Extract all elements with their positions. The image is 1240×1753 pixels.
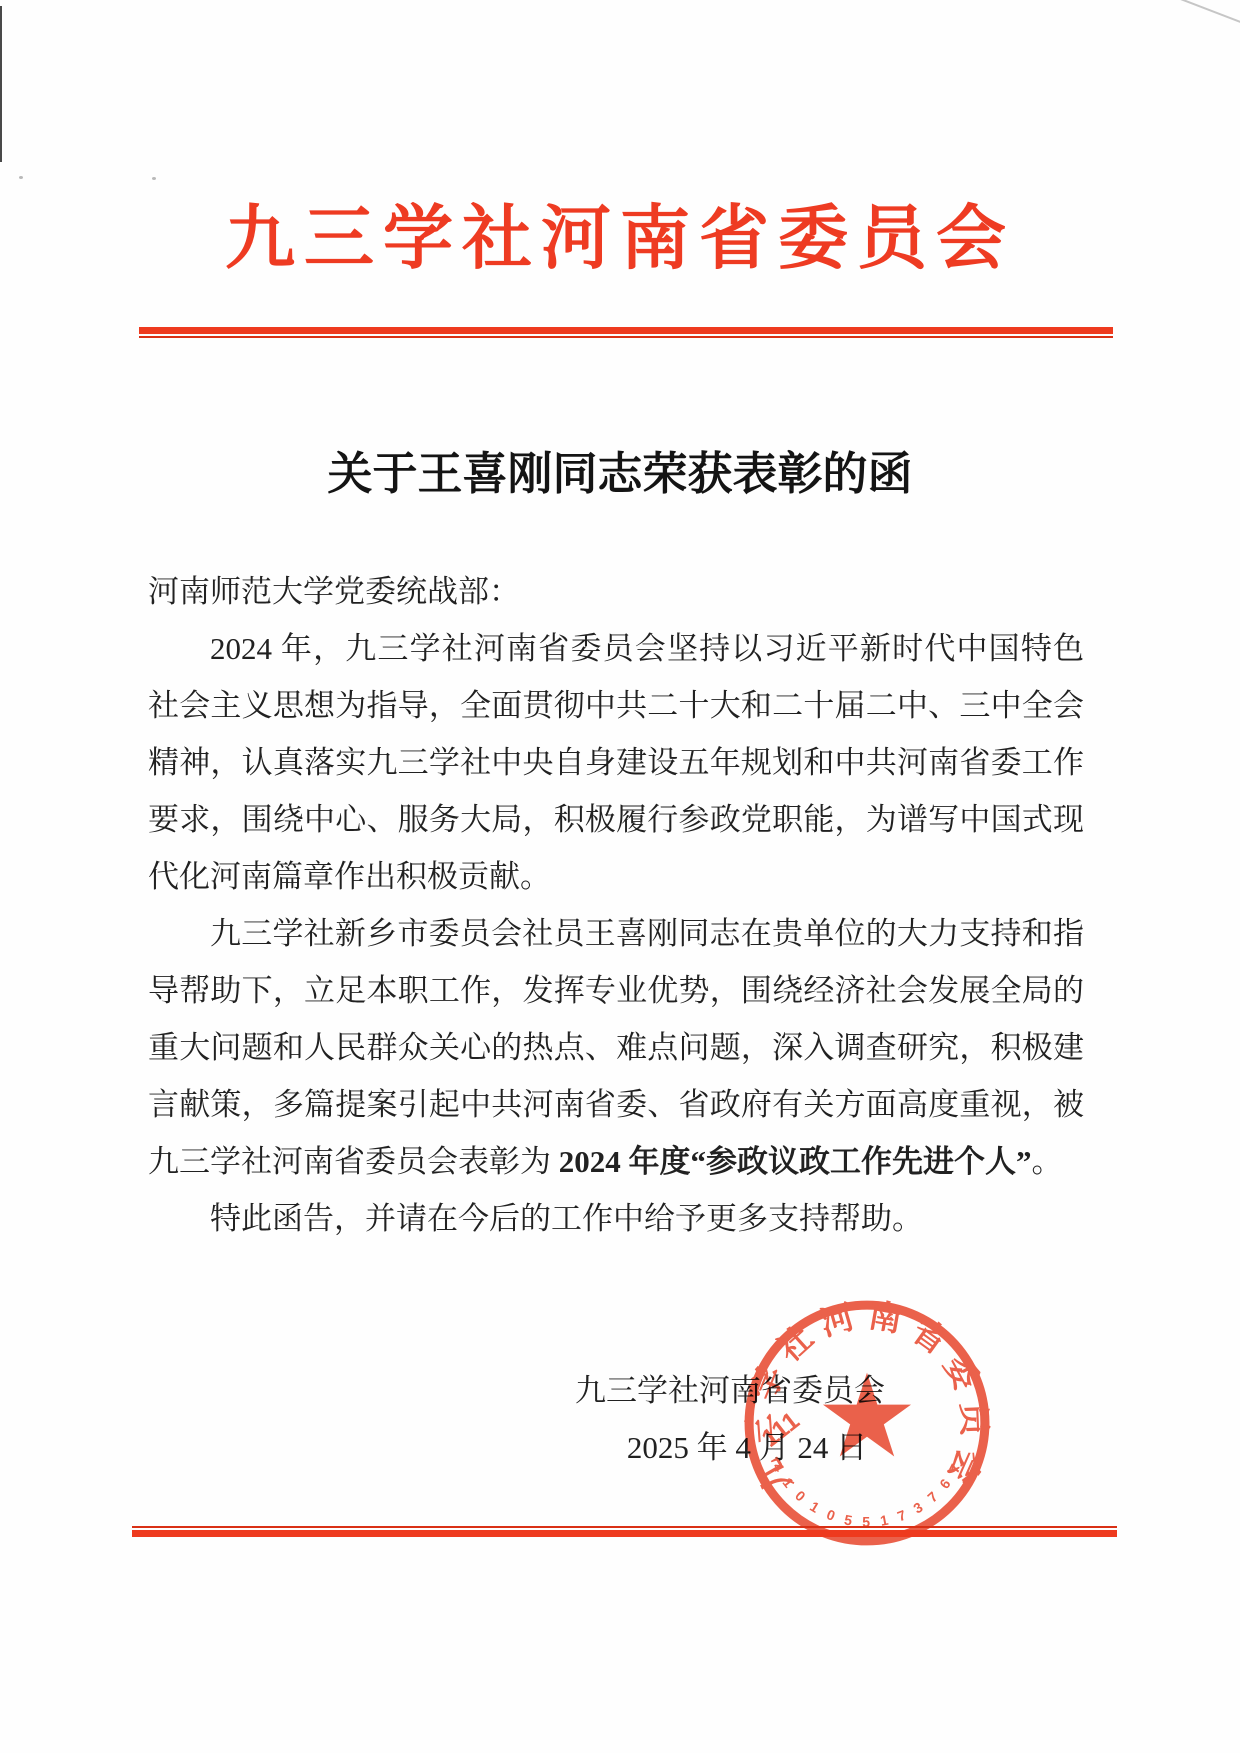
header-rule-thick-line: [139, 327, 1113, 334]
seal-star-icon: [823, 1373, 911, 1457]
paragraph-3: 特此函告，并请在今后的工作中给予更多支持帮助。: [148, 1190, 1084, 1247]
scan-crease-artifact: [1175, 0, 1240, 30]
scan-speck-artifact: [152, 177, 156, 180]
scan-speck-artifact: [19, 176, 23, 179]
salutation: 河南师范大学党委统战部：: [148, 563, 1084, 620]
footer-rule: [132, 1526, 1117, 1537]
letterhead-org-name: 九三学社河南省委员会: [0, 186, 1240, 294]
letter-body: 河南师范大学党委统战部： 2024 年，九三学社河南省委员会坚持以习近平新时代中…: [148, 563, 1084, 1247]
scanned-letter-page: 九三学社河南省委员会 关于王喜刚同志荣获表彰的函 河南师范大学党委统战部： 20…: [0, 0, 1240, 1753]
paragraph-2-text: 九三学社新乡市委员会社员王喜刚同志在贵单位的大力支持和指导帮助下，立足本职工作，…: [148, 916, 1084, 1179]
header-rule-thin-line: [139, 336, 1113, 338]
paragraph-2-period: 。: [1032, 1144, 1063, 1179]
document-title: 关于王喜刚同志荣获表彰的函: [0, 446, 1240, 502]
header-rule: [139, 327, 1113, 338]
footer-rule-thick-line: [132, 1530, 1117, 1537]
scan-edge-artifact: [0, 6, 2, 162]
paragraph-2-award-bold: 2024 年度“参政议政工作先进个人”: [559, 1144, 1032, 1179]
official-seal-stamp: 九三学社河南省委员会 4101055173767 111: [736, 1292, 998, 1554]
paragraph-2: 九三学社新乡市委员会社员王喜刚同志在贵单位的大力支持和指导帮助下，立足本职工作，…: [148, 905, 1084, 1190]
paragraph-1: 2024 年，九三学社河南省委员会坚持以习近平新时代中国特色社会主义思想为指导，…: [148, 620, 1084, 905]
